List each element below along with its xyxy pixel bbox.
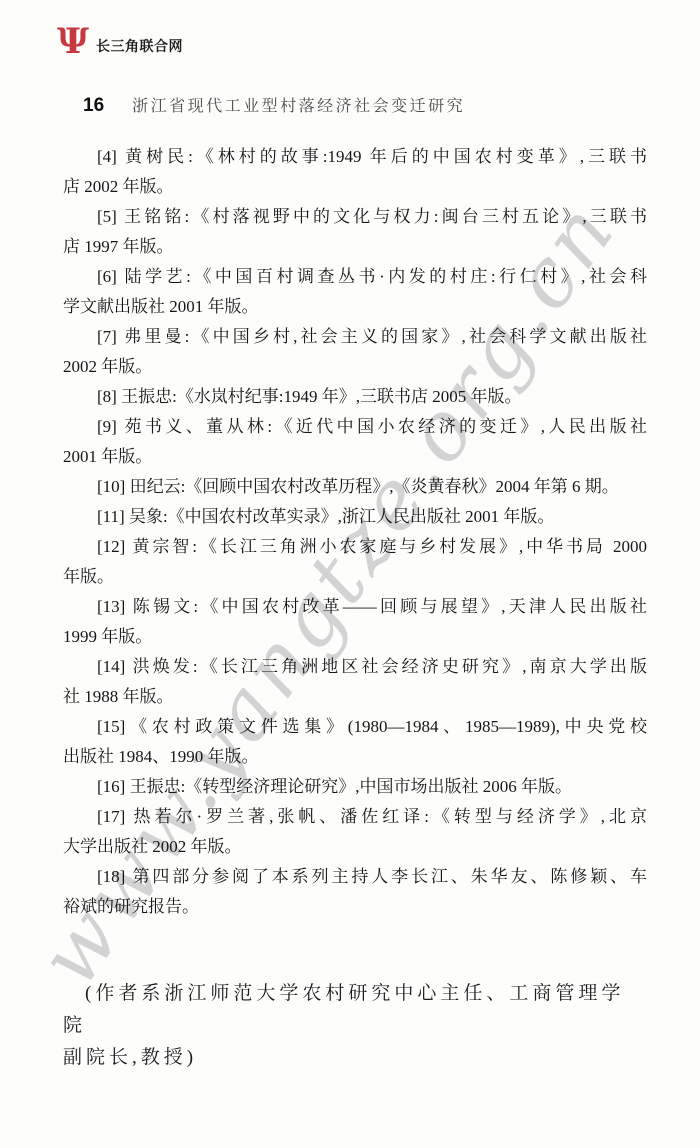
reference-line: [11] 吴象:《中国农村改革实录》,浙江人民出版社 2001 年版。 [63, 502, 647, 532]
reference-item: [18] 第四部分参阅了本系列主持人李长江、朱华友、陈修颖、车 裕斌的研究报告。 [63, 862, 647, 922]
reference-line: 2001 年版。 [63, 442, 647, 472]
reference-item: [13] 陈锡文:《中国农村改革——回顾与展望》,天津人民出版社 1999 年版… [63, 592, 647, 652]
reference-line: [6] 陆学艺:《中国百村调查丛书·内发的村庄:行仁村》,社会科 [63, 262, 647, 292]
reference-item: [16] 王振忠:《转型经济理论研究》,中国市场出版社 2006 年版。 [63, 772, 647, 802]
trident-logo-icon: Ψ [57, 24, 89, 59]
reference-item: [4] 黄树民:《林村的故事:1949 年后的中国农村变革》,三联书 店 200… [63, 142, 647, 202]
reference-line: [9] 苑书义、董从林:《近代中国小农经济的变迁》,人民出版社 [63, 412, 647, 442]
reference-line: [13] 陈锡文:《中国农村改革——回顾与展望》,天津人民出版社 [63, 592, 647, 622]
scanned-book-page: www.yangtze.org.cn Ψ 长三角联合网 16 浙江省现代工业型村… [0, 0, 700, 1148]
reference-line: 学文献出版社 2001 年版。 [63, 292, 647, 322]
reference-line: [4] 黄树民:《林村的故事:1949 年后的中国农村变革》,三联书 [63, 142, 647, 172]
reference-line: [18] 第四部分参阅了本系列主持人李长江、朱华友、陈修颖、车 [63, 862, 647, 892]
reference-item: [8] 王振忠:《水岚村纪事:1949 年》,三联书店 2005 年版。 [63, 382, 647, 412]
page-header: 16 浙江省现代工业型村落经济社会变迁研究 [83, 93, 465, 117]
reference-line: 出版社 1984、1990 年版。 [63, 742, 647, 772]
references-section: [4] 黄树民:《林村的故事:1949 年后的中国农村变革》,三联书 店 200… [63, 142, 647, 1074]
reference-line: [17] 热若尔·罗兰著,张帆、潘佐红译:《转型与经济学》,北京 [63, 802, 647, 832]
site-name: 长三角联合网 [96, 36, 183, 56]
reference-item: [15]《农村政策文件选集》(1980—1984、1985—1989),中央党校… [63, 712, 647, 772]
site-logo: Ψ 长三角联合网 [57, 24, 183, 59]
reference-item: [17] 热若尔·罗兰著,张帆、潘佐红译:《转型与经济学》,北京 大学出版社 2… [63, 802, 647, 862]
reference-line: [15]《农村政策文件选集》(1980—1984、1985—1989),中央党校 [63, 712, 647, 742]
author-note-line: 副院长,教授) [63, 1042, 647, 1074]
reference-line: [14] 洪焕发:《长江三角洲地区社会经济史研究》,南京大学出版 [63, 652, 647, 682]
reference-line: [8] 王振忠:《水岚村纪事:1949 年》,三联书店 2005 年版。 [63, 382, 647, 412]
reference-line: 社 1988 年版。 [63, 682, 647, 712]
reference-item: [14] 洪焕发:《长江三角洲地区社会经济史研究》,南京大学出版 社 1988 … [63, 652, 647, 712]
reference-line: 1999 年版。 [63, 622, 647, 652]
reference-line: [5] 王铭铭:《村落视野中的文化与权力:闽台三村五论》,三联书 [63, 202, 647, 232]
reference-item: [9] 苑书义、董从林:《近代中国小农经济的变迁》,人民出版社 2001 年版。 [63, 412, 647, 472]
reference-line: [12] 黄宗智:《长江三角洲小农家庭与乡村发展》,中华书局 2000 [63, 532, 647, 562]
author-note-line: (作者系浙江师范大学农村研究中心主任、工商管理学院 [63, 978, 647, 1042]
reference-line: 裕斌的研究报告。 [63, 892, 647, 922]
reference-line: 2002 年版。 [63, 352, 647, 382]
reference-line: 大学出版社 2002 年版。 [63, 832, 647, 862]
reference-line: 年版。 [63, 562, 647, 592]
reference-line: 店 2002 年版。 [63, 172, 647, 202]
reference-line: [10] 田纪云:《回顾中国农村改革历程》,《炎黄春秋》2004 年第 6 期。 [63, 472, 647, 502]
reference-line: [16] 王振忠:《转型经济理论研究》,中国市场出版社 2006 年版。 [63, 772, 647, 802]
author-note: (作者系浙江师范大学农村研究中心主任、工商管理学院 副院长,教授) [63, 978, 647, 1074]
reference-item: [11] 吴象:《中国农村改革实录》,浙江人民出版社 2001 年版。 [63, 502, 647, 532]
reference-item: [5] 王铭铭:《村落视野中的文化与权力:闽台三村五论》,三联书 店 1997 … [63, 202, 647, 262]
running-title: 浙江省现代工业型村落经济社会变迁研究 [132, 93, 465, 116]
reference-line: 店 1997 年版。 [63, 232, 647, 262]
reference-line: [7] 弗里曼:《中国乡村,社会主义的国家》,社会科学文献出版社 [63, 322, 647, 352]
reference-item: [10] 田纪云:《回顾中国农村改革历程》,《炎黄春秋》2004 年第 6 期。 [63, 472, 647, 502]
reference-item: [12] 黄宗智:《长江三角洲小农家庭与乡村发展》,中华书局 2000 年版。 [63, 532, 647, 592]
reference-item: [6] 陆学艺:《中国百村调查丛书·内发的村庄:行仁村》,社会科 学文献出版社 … [63, 262, 647, 322]
reference-item: [7] 弗里曼:《中国乡村,社会主义的国家》,社会科学文献出版社 2002 年版… [63, 322, 647, 382]
page-number: 16 [83, 95, 104, 117]
